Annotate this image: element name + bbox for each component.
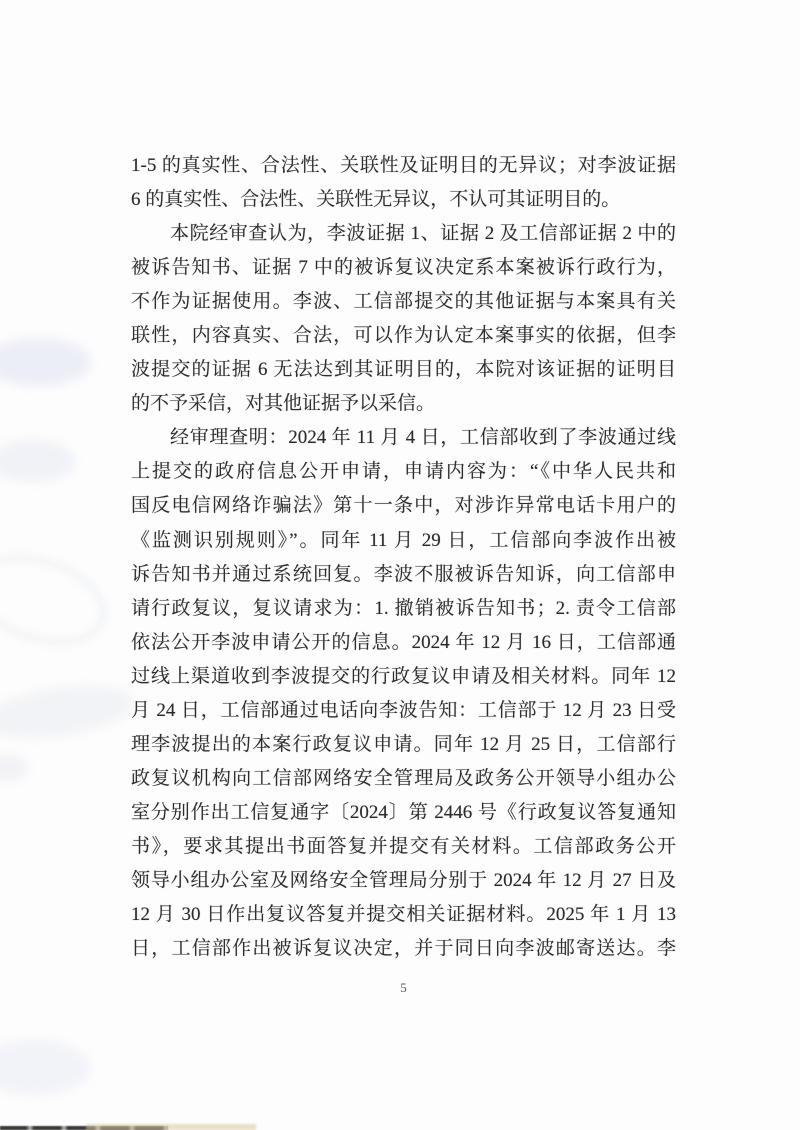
scan-smudge — [0, 1040, 90, 1095]
text-line: 过线上渠道收到李波提交的行政复议申请及相关材料。同年 12 — [131, 660, 676, 694]
text-line: 月 24 日，工信部通过电话向李波告知：工信部于 12 月 23 日受 — [131, 694, 676, 728]
scan-smudge — [0, 539, 119, 662]
scan-smudge — [0, 755, 28, 781]
text-line: 书》，要求其提出书面答复并提交有关材料。工信部政务公开 — [131, 830, 676, 864]
body-text: 1-5 的真实性、合法性、关联性及证明目的无异议；对李波证据6 的真实性、合法性… — [131, 149, 676, 966]
text-line: 12 月 30 日作出复议答复并提交相关证据材料。2025 年 1 月 13 — [131, 898, 676, 932]
text-line: 日，工信部作出被诉复议决定，并于同日向李波邮寄送达。李 — [131, 932, 676, 966]
text-line: 1-5 的真实性、合法性、关联性及证明目的无异议；对李波证据 — [131, 149, 676, 183]
text-line: 经审理查明：2024 年 11 月 4 日，工信部收到了李波通过线 — [131, 421, 676, 455]
text-line: 6 的真实性、合法性、关联性无异议，不认可其证明目的。 — [131, 183, 676, 217]
text-line: 依法公开李波申请公开的信息。2024 年 12 月 16 日，工信部通 — [131, 626, 676, 660]
scan-smudge — [0, 338, 91, 386]
text-line: 诉告知书并通过系统回复。李波不服被诉告知诉，向工信部申 — [131, 558, 676, 592]
text-line: 本院经审查认为，李波证据 1、证据 2 及工信部证据 2 中的 — [131, 217, 676, 251]
text-line: 室分别作出工信复通字〔2024〕第 2446 号《行政复议答复通知 — [131, 796, 676, 830]
text-line: 国反电信网络诈骗法》第十一条中，对涉诈异常电话卡用户的 — [131, 489, 676, 523]
text-line: 的不予采信，对其他证据予以采信。 — [131, 387, 676, 421]
document-page: 1-5 的真实性、合法性、关联性及证明目的无异议；对李波证据6 的真实性、合法性… — [0, 0, 800, 1130]
scan-smudge — [0, 440, 75, 482]
text-line: 波提交的证据 6 无法达到其证明目的，本院对该证据的证明目 — [131, 353, 676, 387]
text-line: 领导小组办公室及网络安全管理局分别于 2024 年 12 月 27 日及 — [131, 864, 676, 898]
scan-smudge — [0, 678, 137, 746]
scan-edge-artifact — [86, 1124, 256, 1130]
page-number: 5 — [131, 980, 676, 996]
text-line: 不作为证据使用。李波、工信部提交的其他证据与本案具有关 — [131, 285, 676, 319]
text-line: 被诉告知书、证据 7 中的被诉复议决定系本案被诉行政行为， — [131, 251, 676, 285]
scan-edge-artifact — [0, 1126, 168, 1130]
text-line: 政复议机构向工信部网络安全管理局及政务公开领导小组办公 — [131, 762, 676, 796]
text-line: 《监测识别规则》”。同年 11 月 29 日，工信部向李波作出被 — [131, 524, 676, 558]
text-line: 联性，内容真实、合法，可以作为认定本案事实的依据，但李 — [131, 319, 676, 353]
text-line: 理李波提出的本案行政复议申请。同年 12 月 25 日，工信部行 — [131, 728, 676, 762]
text-line: 请行政复议，复议请求为：1. 撤销被诉告知书；2. 责令工信部 — [131, 592, 676, 626]
text-line: 上提交的政府信息公开申请，申请内容为：“《中华人民共和 — [131, 455, 676, 489]
